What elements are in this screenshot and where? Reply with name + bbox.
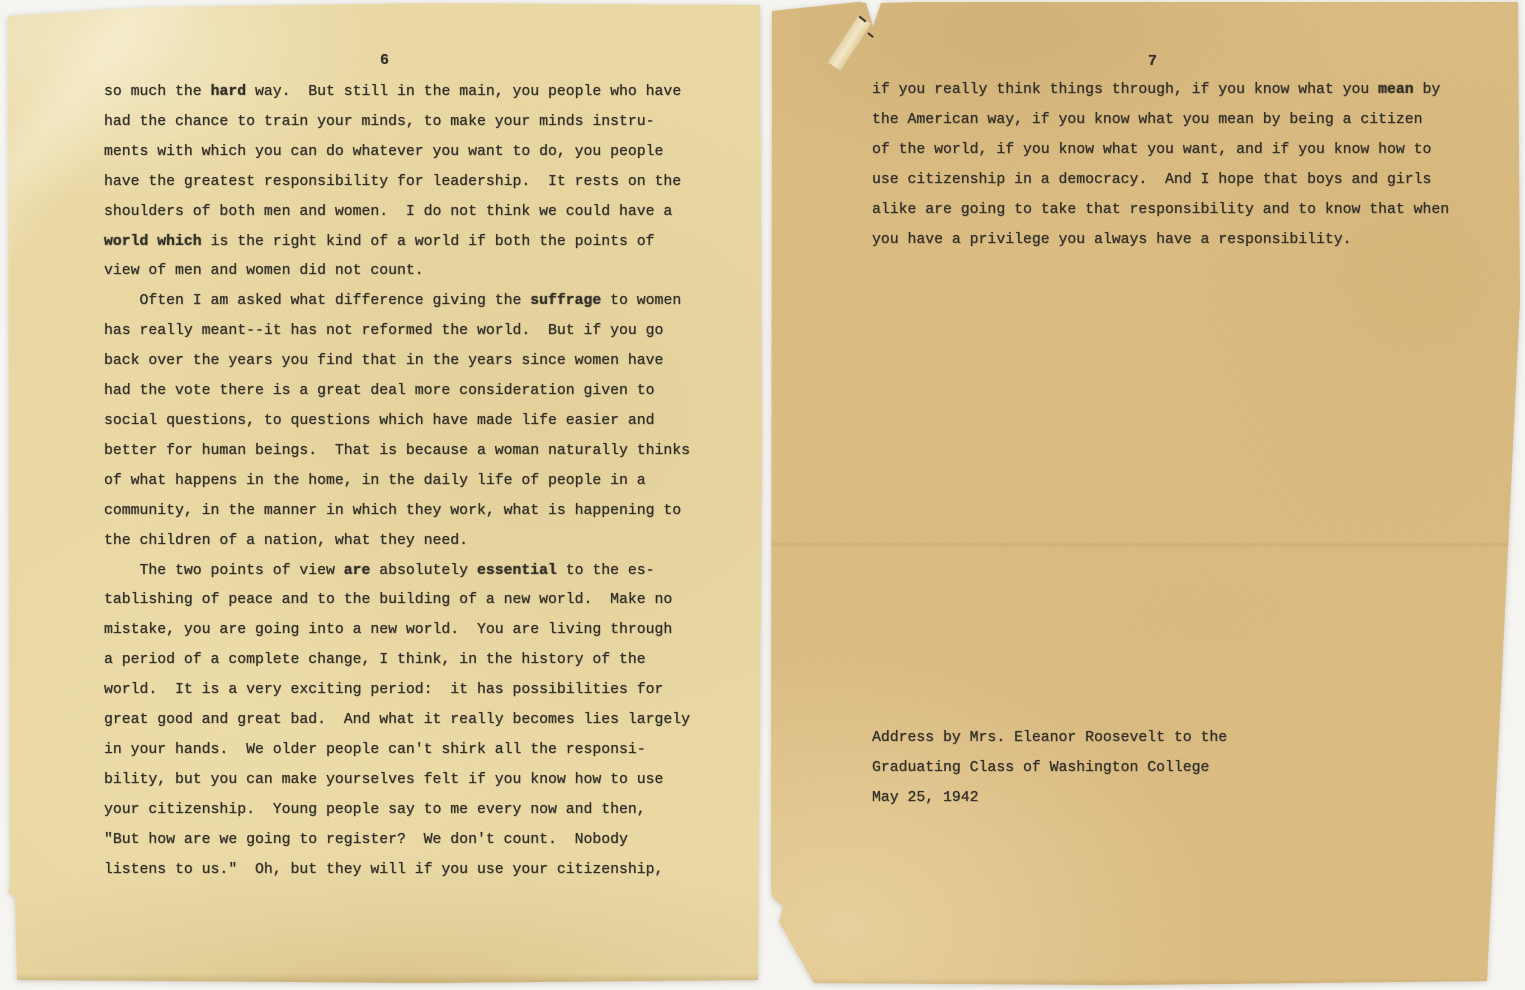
page-number: 7 xyxy=(777,53,1525,70)
pen-mark xyxy=(867,32,874,38)
text-line: of what happens in the home, in the dail… xyxy=(104,467,690,497)
text-line: The two points of view are absolutely es… xyxy=(104,557,690,587)
text-line: had the vote there is a great deal more … xyxy=(104,377,690,407)
right-page-body: if you really think things through, if y… xyxy=(872,76,1449,255)
text-line: mistake, you are going into a new world.… xyxy=(104,616,690,646)
text-line: back over the years you find that in the… xyxy=(104,347,690,377)
text-line: has really meant--it has not reformed th… xyxy=(104,317,690,347)
text-line: social questions, to questions which hav… xyxy=(104,407,690,437)
text-line: "But how are we going to register? We do… xyxy=(104,826,690,856)
text-line: had the chance to train your minds, to m… xyxy=(104,108,690,138)
text-line: May 25, 1942 xyxy=(872,784,1227,814)
right-page-wrap: 7 if you really think things through, if… xyxy=(769,1,1520,987)
text-line: bility, but you can make yourselves felt… xyxy=(104,766,690,796)
text-line: the American way, if you know what you m… xyxy=(872,106,1449,136)
page-number: 6 xyxy=(7,52,762,69)
attribution-block: Address by Mrs. Eleanor Roosevelt to the… xyxy=(872,724,1227,814)
text-line: your citizenship. Young people say to me… xyxy=(104,796,690,826)
text-line: Often I am asked what difference giving … xyxy=(104,287,690,317)
text-line: world. It is a very exciting period: it … xyxy=(104,676,690,706)
text-line: alike are going to take that responsibil… xyxy=(872,196,1449,226)
text-line: of the world, if you know what you want,… xyxy=(872,136,1449,166)
text-line: if you really think things through, if y… xyxy=(872,76,1449,106)
left-page: 6 so much the hard way. But still in the… xyxy=(7,3,762,983)
text-line: community, in the manner in which they w… xyxy=(104,497,690,527)
text-line: Graduating Class of Washington College xyxy=(872,754,1227,784)
text-line: the children of a nation, what they need… xyxy=(104,527,690,557)
text-line: listens to us." Oh, but they will if you… xyxy=(104,856,690,886)
text-line: better for human beings. That is because… xyxy=(104,437,690,467)
text-line: in your hands. We older people can't shi… xyxy=(104,736,690,766)
text-line: world which is the right kind of a world… xyxy=(104,228,690,258)
text-line: view of men and women did not count. xyxy=(104,257,690,287)
text-line: you have a privilege you always have a r… xyxy=(872,226,1449,256)
right-page: 7 if you really think things through, if… xyxy=(769,1,1520,987)
left-page-wrap: 6 so much the hard way. But still in the… xyxy=(7,3,762,983)
text-line: have the greatest responsibility for lea… xyxy=(104,168,690,198)
text-line: Address by Mrs. Eleanor Roosevelt to the xyxy=(872,724,1227,754)
text-line: shoulders of both men and women. I do no… xyxy=(104,198,690,228)
text-line: tablishing of peace and to the building … xyxy=(104,586,690,616)
text-line: use citizenship in a democracy. And I ho… xyxy=(872,166,1449,196)
text-line: a period of a complete change, I think, … xyxy=(104,646,690,676)
document-scan: 6 so much the hard way. But still in the… xyxy=(0,0,1525,990)
text-line: so much the hard way. But still in the m… xyxy=(104,78,690,108)
left-page-body: so much the hard way. But still in the m… xyxy=(104,78,690,885)
text-line: ments with which you can do whatever you… xyxy=(104,138,690,168)
text-line: great good and great bad. And what it re… xyxy=(104,706,690,736)
